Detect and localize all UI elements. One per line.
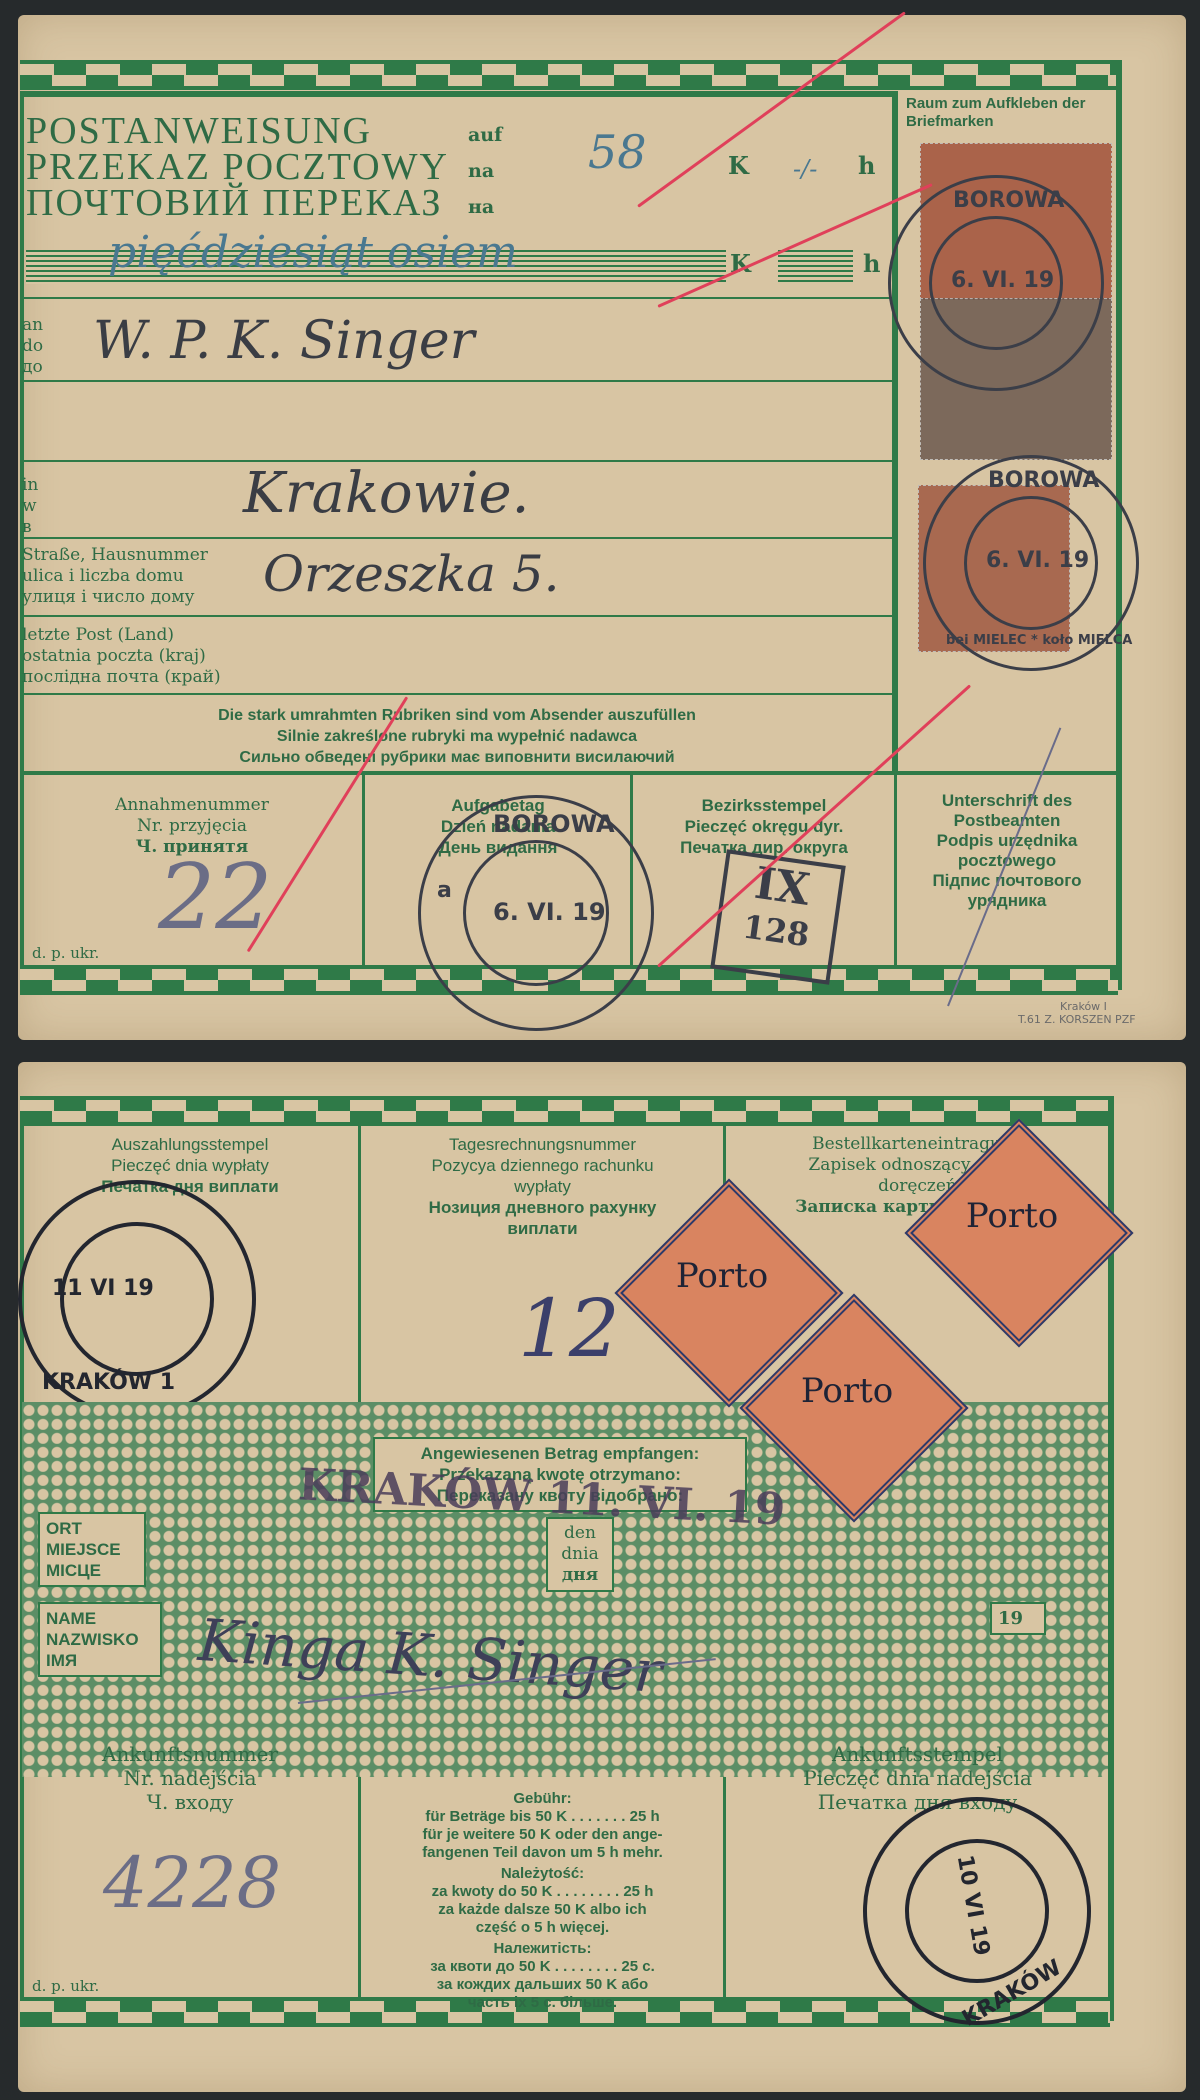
label-street-de: Straße, Hausnummer bbox=[22, 545, 208, 566]
arrival-number[interactable]: 4228 bbox=[103, 1842, 281, 1924]
sig-5: Підпис почтового bbox=[898, 871, 1116, 891]
label-lastpost-uk: послідна почта (край) bbox=[22, 667, 221, 688]
name-pl: NAZWISKO bbox=[46, 1629, 154, 1650]
decorative-border-top bbox=[20, 60, 1118, 90]
district-box-stamp: IX 128 bbox=[710, 849, 846, 985]
note-pl: Silnie zakreślone rubryki ma wypełnić na… bbox=[22, 726, 892, 747]
porto-text: Porto bbox=[801, 1371, 893, 1411]
mistse: МІСЦЕ bbox=[46, 1560, 138, 1581]
dnya: дня bbox=[548, 1565, 612, 1586]
acc-de: Annahmenummer bbox=[22, 795, 362, 816]
currency-h-label-2: h bbox=[863, 253, 880, 274]
fee-de-title: Gebühr: bbox=[362, 1790, 723, 1808]
col-divider bbox=[362, 771, 365, 965]
note-de: Die stark umrahmten Rubriken sind vom Ab… bbox=[22, 705, 892, 726]
amount-numeric[interactable]: 58 bbox=[588, 125, 647, 179]
label-street-uk: улиця і число дому bbox=[22, 587, 208, 608]
daily-account-labels: Tagesrechnungsnummer Pozycya dziennego r… bbox=[362, 1134, 723, 1239]
row-line bbox=[22, 537, 892, 539]
name-labels: NAME NAZWISKO ІМЯ bbox=[38, 1602, 162, 1677]
fee-uk-line: за кождих дальших 50 K або bbox=[362, 1976, 723, 1994]
arrstamp-de: Ankunftsstempel bbox=[727, 1742, 1108, 1766]
acct-pl: Pozycya dziennego rachunku bbox=[362, 1155, 723, 1176]
prep-de: auf bbox=[468, 117, 502, 153]
postmark-krakow-arrival: 10 VI 19 KRAKÓW bbox=[863, 1797, 1091, 2025]
pay-de: Auszahlungsstempel bbox=[22, 1134, 358, 1155]
recipient-name[interactable]: W. P. K. Singer bbox=[93, 311, 475, 371]
label-v: в bbox=[22, 517, 38, 538]
acc-pl: Nr. przyjęcia bbox=[22, 816, 362, 837]
fee-uk-line: за квоти до 50 K . . . . . . . . 25 c. bbox=[362, 1958, 723, 1976]
year-field: 19 bbox=[990, 1602, 1046, 1635]
frame-top-inner bbox=[20, 91, 898, 97]
decorative-border-top bbox=[20, 1096, 1110, 1126]
acceptance-number[interactable]: 22 bbox=[158, 845, 273, 950]
label-lastpost-pl: ostatnia poczta (kraj) bbox=[22, 646, 221, 667]
acct-pl-2: wypłaty bbox=[362, 1176, 723, 1197]
fee-pl-line: za każde dalsze 50 K albo ich bbox=[362, 1901, 723, 1919]
place-labels: ORT MIEJSCE МІСЦЕ bbox=[38, 1512, 146, 1587]
label-in: in bbox=[22, 475, 38, 496]
form-code: d. p. ukr. bbox=[32, 943, 99, 964]
name-uk: ІМЯ bbox=[46, 1650, 154, 1671]
amount-minor[interactable]: -/- bbox=[793, 155, 817, 183]
label-w: w bbox=[22, 496, 38, 517]
fee-schedule: Gebühr: für Beträge bis 50 K . . . . . .… bbox=[362, 1790, 723, 2012]
row-line bbox=[22, 380, 892, 382]
fee-de-line: fangenen Teil davon um 5 h mehr. bbox=[362, 1844, 723, 1862]
sender-instructions: Die stark umrahmten Rubriken sind vom Ab… bbox=[22, 705, 892, 768]
currency-k-label: K bbox=[728, 155, 749, 176]
acct-uk: Нозиция дневного рахунку bbox=[362, 1197, 723, 1218]
last-post-labels: letzte Post (Land) ostatnia poczta (kraj… bbox=[22, 625, 221, 688]
imprint-city: Kraków I bbox=[1018, 1000, 1136, 1013]
row-line bbox=[22, 297, 892, 299]
arrstamp-pl: Pieczęć dnia nadejścia bbox=[727, 1766, 1108, 1790]
amount-minor-hatch bbox=[778, 250, 853, 284]
postmark-date: 6. VI. 19 bbox=[493, 898, 606, 926]
arr-pl: Nr. nadejścia bbox=[22, 1766, 358, 1790]
dnia: dnia bbox=[548, 1544, 612, 1565]
acct-de: Tagesrechnungsnummer bbox=[362, 1134, 723, 1155]
fee-pl-title: Należytość: bbox=[362, 1865, 723, 1883]
row-line bbox=[22, 693, 892, 695]
postmark-town: BOROWA bbox=[953, 188, 1064, 213]
postmark-town: KRAKÓW 1 bbox=[42, 1370, 175, 1395]
prep-pl: na bbox=[468, 153, 502, 189]
postmark-sub: bei MIELEC * koło MIELCA bbox=[946, 633, 1132, 648]
arr-uk: Ч. входу bbox=[22, 1790, 358, 1814]
place-labels: in w в bbox=[22, 475, 38, 538]
recipient-street[interactable]: Orzeszka 5. bbox=[263, 545, 560, 603]
recv-de: Angewiesenen Betrag empfangen: bbox=[375, 1443, 745, 1464]
col-divider bbox=[723, 1777, 726, 1997]
label-do: do bbox=[22, 336, 43, 357]
postmark-borowa-dispatch: BOROWA 6. VI. 19 a bbox=[418, 795, 654, 1031]
official-signature-labels: Unterschrift des Postbeamten Podpis urzę… bbox=[898, 791, 1116, 911]
porto-text: Porto bbox=[966, 1196, 1058, 1236]
daily-account-number[interactable]: 12 bbox=[518, 1282, 620, 1375]
label-lastpost-de: letzte Post (Land) bbox=[22, 625, 221, 646]
recipient-place[interactable]: Krakowie. bbox=[243, 461, 529, 526]
recipient-labels: an do до bbox=[22, 315, 43, 378]
amount-prepositions: auf na на bbox=[468, 117, 502, 225]
street-labels: Straße, Hausnummer ulica i liczba domu у… bbox=[22, 545, 208, 608]
form-code: d. p. ukr. bbox=[32, 1976, 99, 1997]
arrstamp-uk: Печатка дня входу bbox=[727, 1790, 1108, 1814]
stamp-space-label: Raum zum Aufkleben der Briefmarken bbox=[906, 95, 1106, 131]
section-line bbox=[22, 771, 1116, 775]
label-street-pl: ulica i liczba domu bbox=[22, 566, 208, 587]
money-order-front: POSTANWEISUNG PRZEKAZ POCZTOWY ПОЧТОВИЙ … bbox=[18, 15, 1186, 1040]
fee-pl-line: część o 5 h więcej. bbox=[362, 1919, 723, 1937]
imprint-code: T.61 bbox=[1018, 1013, 1041, 1026]
sig-1: Unterschrift des bbox=[898, 791, 1116, 811]
label-do-uk: до bbox=[22, 357, 43, 378]
fee-pl-line: za kwoty do 50 K . . . . . . . . 25 h bbox=[362, 1883, 723, 1901]
amount-words[interactable]: pięćdziesiąt osiem bbox=[108, 227, 518, 278]
fee-de-line: für Beträge bis 50 K . . . . . . . 25 h bbox=[362, 1808, 723, 1826]
title-pl: PRZEKAZ POCZTOWY bbox=[26, 149, 449, 185]
payment-stamp-labels: Auszahlungsstempel Pieczęć dnia wypłaty … bbox=[22, 1134, 358, 1197]
sig-6: урядника bbox=[898, 891, 1116, 911]
fee-uk-title: Належитість: bbox=[362, 1940, 723, 1958]
sig-3: Podpis urzędnika bbox=[898, 831, 1116, 851]
postmark-town: BOROWA bbox=[988, 468, 1099, 493]
sig-2: Postbeamten bbox=[898, 811, 1116, 831]
money-order-back: Auszahlungsstempel Pieczęć dnia wypłaty … bbox=[18, 1062, 1186, 2092]
col-divider bbox=[358, 1777, 361, 1997]
form-title: POSTANWEISUNG PRZEKAZ POCZTOWY ПОЧТОВИЙ … bbox=[26, 113, 449, 221]
postmark-town: BOROWA bbox=[493, 810, 615, 838]
postmark-borowa-1: BOROWA 6. VI. 19 bbox=[888, 175, 1104, 391]
district-stamp-labels: Bezirksstempel Pieczęć okręgu dyr. Печат… bbox=[634, 795, 894, 858]
postmark-borowa-2: BOROWA 6. VI. 19 bei MIELEC * koło MIELC… bbox=[923, 455, 1139, 671]
arrival-stamp-labels: Ankunftsstempel Pieczęć dnia nadejścia П… bbox=[727, 1742, 1108, 1814]
postmark-date: 6. VI. 19 bbox=[986, 548, 1089, 573]
postmark-krakow-payment: 11 VI 19 KRAKÓW 1 bbox=[18, 1180, 256, 1418]
fee-uk-line: часть іх 5 c. більше. bbox=[362, 1994, 723, 2012]
postmark-date: 11 VI 19 bbox=[52, 1276, 154, 1301]
currency-h-label: h bbox=[858, 155, 875, 176]
title-uk: ПОЧТОВИЙ ПЕРЕКАЗ bbox=[26, 185, 449, 221]
day-labels: den dnia дня bbox=[546, 1517, 614, 1592]
stamp-area-divider bbox=[892, 91, 898, 771]
prep-uk: на bbox=[468, 189, 502, 225]
dist-pl: Pieczęć okręgu dyr. bbox=[634, 816, 894, 837]
arr-de: Ankunftsnummer bbox=[22, 1742, 358, 1766]
imprint-printer: Z. KORSZEN PZF bbox=[1044, 1013, 1135, 1026]
label-an: an bbox=[22, 315, 43, 336]
ort: ORT bbox=[46, 1518, 138, 1539]
miejsce: MIEJSCE bbox=[46, 1539, 138, 1560]
col-divider bbox=[894, 771, 897, 965]
name-de: NAME bbox=[46, 1608, 154, 1629]
printer-imprint: Kraków I T.61 Z. KORSZEN PZF bbox=[1018, 1000, 1136, 1026]
note-uk: Сильно обведені рубрики має виповнити ви… bbox=[22, 747, 892, 768]
dist-de: Bezirksstempel bbox=[634, 795, 894, 816]
arrival-number-labels: Ankunftsnummer Nr. nadejścia Ч. входу bbox=[22, 1742, 358, 1814]
title-de: POSTANWEISUNG bbox=[26, 113, 449, 149]
postmark-date: 6. VI. 19 bbox=[951, 268, 1054, 293]
acct-uk-2: виплати bbox=[362, 1218, 723, 1239]
fee-de-line: für je weitere 50 K oder den ange- bbox=[362, 1826, 723, 1844]
postmark-letter: a bbox=[437, 878, 452, 903]
porto-text: Porto bbox=[676, 1256, 768, 1296]
den: den bbox=[548, 1523, 612, 1544]
pay-pl: Pieczęć dnia wypłaty bbox=[22, 1155, 358, 1176]
row-line bbox=[22, 615, 892, 617]
